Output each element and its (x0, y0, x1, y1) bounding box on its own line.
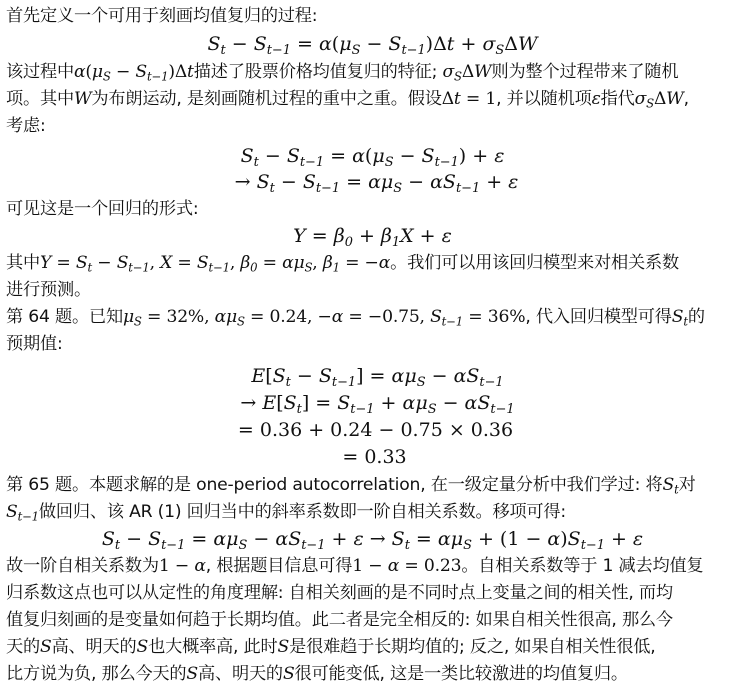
text: 故一阶自相关系数为 (6, 556, 159, 576)
paragraph-line: 其中Y = St − St−1, X = St−1, β0 = αμS, β1 … (6, 250, 743, 277)
text: 对 (679, 475, 696, 495)
text: 可见这是一个回归的形式: (6, 199, 198, 219)
text: 预期值: (6, 334, 63, 354)
text: 考虑: (6, 116, 46, 136)
text: 高、明天的 (198, 664, 283, 684)
paragraph-line: 首先定义一个可用于刻画均值复归的过程: (6, 3, 743, 30)
text: 其中 (6, 253, 40, 273)
paragraph-line: 天的S高、明天的S也大概率高, 此时S是很难趋于长期均值的; 反之, 如果自相关… (6, 634, 743, 661)
text: , 代入回归模型可得 (525, 307, 671, 327)
text: , (684, 89, 689, 109)
equation-discrete-form: St − St−1 = α(μS − St−1) + ε (0, 143, 745, 170)
text: 则为整个过程带来了随机 (492, 62, 679, 82)
text: 很可能变低, 这是一类比较激进的均值复归。 (295, 664, 628, 684)
text: 的 (688, 307, 705, 327)
equation-mean-reversion-process: St − St−1 = α(μS − St−1)Δt + σSΔW (0, 31, 745, 58)
equation-expectation-result: = 0.33 (4, 444, 745, 471)
paragraph-line: 考虑: (6, 113, 743, 140)
question-65-line: 第 65 题。本题求解的是 one-period autocorrelation… (6, 472, 743, 499)
equation-ar1: St − St−1 = αμS − αSt−1 + ε → St = αμS +… (0, 526, 745, 553)
paragraph-line: 预期值: (6, 331, 743, 358)
paragraph-line: 故一阶自相关系数为1 − α, 根据题目信息可得1 − α = 0.23。自相关… (6, 553, 743, 580)
text: 第 65 题。本题求解的是 one-period autocorrelation… (6, 475, 662, 495)
text: , 根据题目信息可得 (206, 556, 352, 576)
text: , 并以随机项 (496, 89, 591, 109)
text: 第 64 题。已知 (6, 307, 123, 327)
text: 。我们可以用该回归模型来对相关系数 (390, 253, 679, 273)
paragraph-line: 进行预测。 (6, 277, 743, 304)
text: 值复归刻画的是变量如何趋于长期均值。此二者是完全相反的: 如果自相关性很高, 那… (6, 610, 673, 630)
text: 做回归、该 AR (1) 回归当中的斜率系数即一阶自相关系数。移项可得: (39, 502, 566, 522)
equation-regression: Y = β0 + β1X + ε (0, 223, 745, 250)
text: 天的 (6, 637, 40, 657)
question-64-line: 第 64 题。已知μS = 32%, αμS = 0.24, −α = −0.7… (6, 304, 743, 331)
text: 高、明天的 (52, 637, 137, 657)
text: 归系数这点也可以从定性的角度理解: 自相关刻画的是不同时点上变量之间的相关性, … (6, 583, 673, 603)
paragraph-line: 归系数这点也可以从定性的角度理解: 自相关刻画的是不同时点上变量之间的相关性, … (6, 580, 743, 607)
equation-expectation-1: E[St − St−1] = αμS − αSt−1 (10, 363, 745, 390)
equation-expectation-2: → E[St] = St−1 + αμS − αSt−1 (10, 390, 745, 417)
text: 该过程中 (6, 62, 74, 82)
paragraph-line: 可见这是一个回归的形式: (6, 196, 743, 223)
paragraph-line: 比方说为负, 那么今天的S高、明天的S很可能变低, 这是一类比较激进的均值复归。 (6, 661, 743, 688)
paragraph-line: 项。其中W为布朗运动, 是刻画随机过程的重中之重。假设Δt = 1, 并以随机项… (6, 86, 743, 113)
text: 描述了股票价格均值复归的特征; (194, 62, 443, 82)
equation-expectation-3: = 0.36 + 0.24 − 0.75 × 0.36 (6, 417, 745, 444)
text: 指代 (601, 89, 635, 109)
text: 首先定义一个可用于刻画均值复归的过程: (6, 6, 317, 26)
text: 项。其中 (6, 89, 74, 109)
text: 比方说为负, 那么今天的 (6, 664, 186, 684)
text: 为布朗运动, 是刻画随机过程的重中之重。假设 (91, 89, 441, 109)
paragraph-line: 值复归刻画的是变量如何趋于长期均值。此二者是完全相反的: 如果自相关性很高, 那… (6, 607, 743, 634)
text: 。自相关系数等于 1 减去均值复 (461, 556, 703, 576)
text: 进行预测。 (6, 280, 91, 300)
paragraph-line: 该过程中α(μS − St−1)Δt描述了股票价格均值复归的特征; σSΔW则为… (6, 59, 743, 86)
equation-expanded-form: → St − St−1 = αμS − αSt−1 + ε (8, 169, 745, 196)
paragraph-line: St−1做回归、该 AR (1) 回归当中的斜率系数即一阶自相关系数。移项可得: (6, 499, 743, 526)
text: 是很难趋于长期均值的; 反之, 如果自相关性很低, (289, 637, 655, 657)
text: 也大概率高, 此时 (148, 637, 277, 657)
